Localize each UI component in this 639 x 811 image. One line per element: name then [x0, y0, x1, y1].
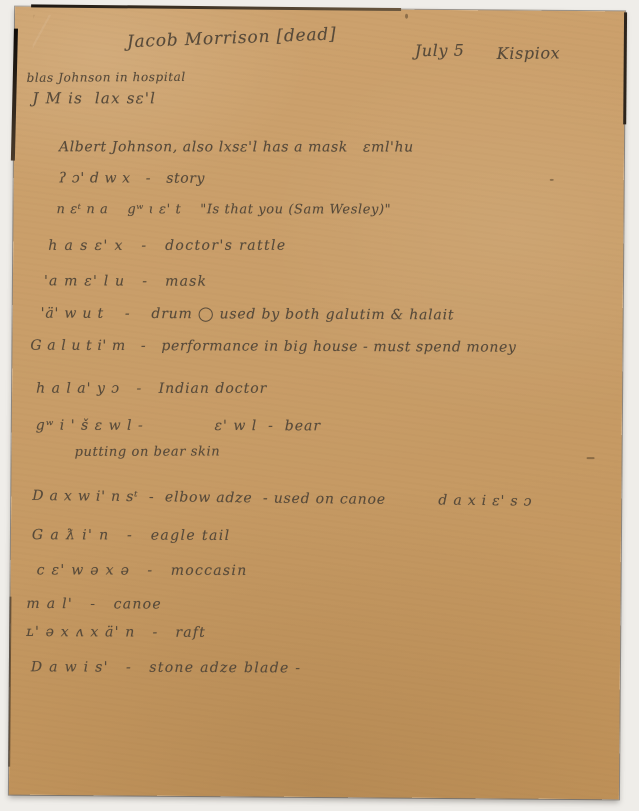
note-line-moccasin: c ɛ' w ə x ə - moccasin: [37, 562, 248, 579]
paper-edge-left: [11, 29, 18, 161]
scanned-page: Jacob Morrison [dead] July 5 Kispiox bla…: [9, 7, 625, 800]
header-date: July 5: [415, 41, 465, 61]
note-line-doctors-rattle: h a s ɛ' x - doctor's rattle: [48, 238, 286, 254]
paper-speck: [587, 457, 595, 459]
paper-edge-top: [31, 4, 401, 11]
note-line-jm-laxsel: J M is lax sɛ'l: [32, 89, 156, 107]
note-line-mask: 'a m ɛ' l u - mask: [44, 273, 207, 289]
note-line-galutim-performance: G a l u t i' m - performance in big hous…: [30, 338, 516, 356]
paper-speck: [550, 179, 554, 181]
note-line-elbow-adze: D a x w i' n sᵗ - elbow adze - used on c…: [32, 488, 532, 510]
note-line-putting-on-bearskin: putting on bear skin: [75, 444, 221, 459]
note-line-canoe: m a l' - canoe: [26, 596, 162, 613]
paper-speck: [405, 14, 408, 19]
paper-edge-top-right: [623, 12, 627, 124]
note-line-drum: 'ä' w u t - drum ◯ used by both galutim …: [41, 306, 455, 324]
scanned-document: Jacob Morrison [dead] July 5 Kispiox bla…: [0, 0, 639, 811]
note-line-is-that-you: n ɛᵗ n a gʷ ɩ ɛ' t "Is that you (Sam Wes…: [57, 202, 392, 217]
note-line-albert-johnson-mask: Albert Johnson, also lxsɛ'l has a mask ɛ…: [59, 139, 414, 155]
note-line-hospital: blas Johnson in hospital: [27, 70, 186, 85]
header-place: Kispiox: [497, 43, 561, 63]
note-line-eagle-tail: G a ƛ i' n - eagle tail: [32, 527, 231, 544]
header-name-title: Jacob Morrison [dead]: [127, 24, 337, 52]
paper-edge-bottom-left: [8, 597, 11, 767]
note-line-raft: ʟ' ə x ʌ x ä' n - raft: [26, 624, 206, 641]
note-line-indian-doctor: h a l a' y ɔ - Indian doctor: [36, 381, 267, 397]
note-line-bear: gʷ i ' š ɛ w l - ɛ' w l - bear: [36, 418, 321, 435]
note-line-story: ʔ ɔ' d w x - story: [59, 170, 205, 186]
note-line-stone-adze-blade: D a w i s' - stone adze blade -: [31, 659, 302, 676]
